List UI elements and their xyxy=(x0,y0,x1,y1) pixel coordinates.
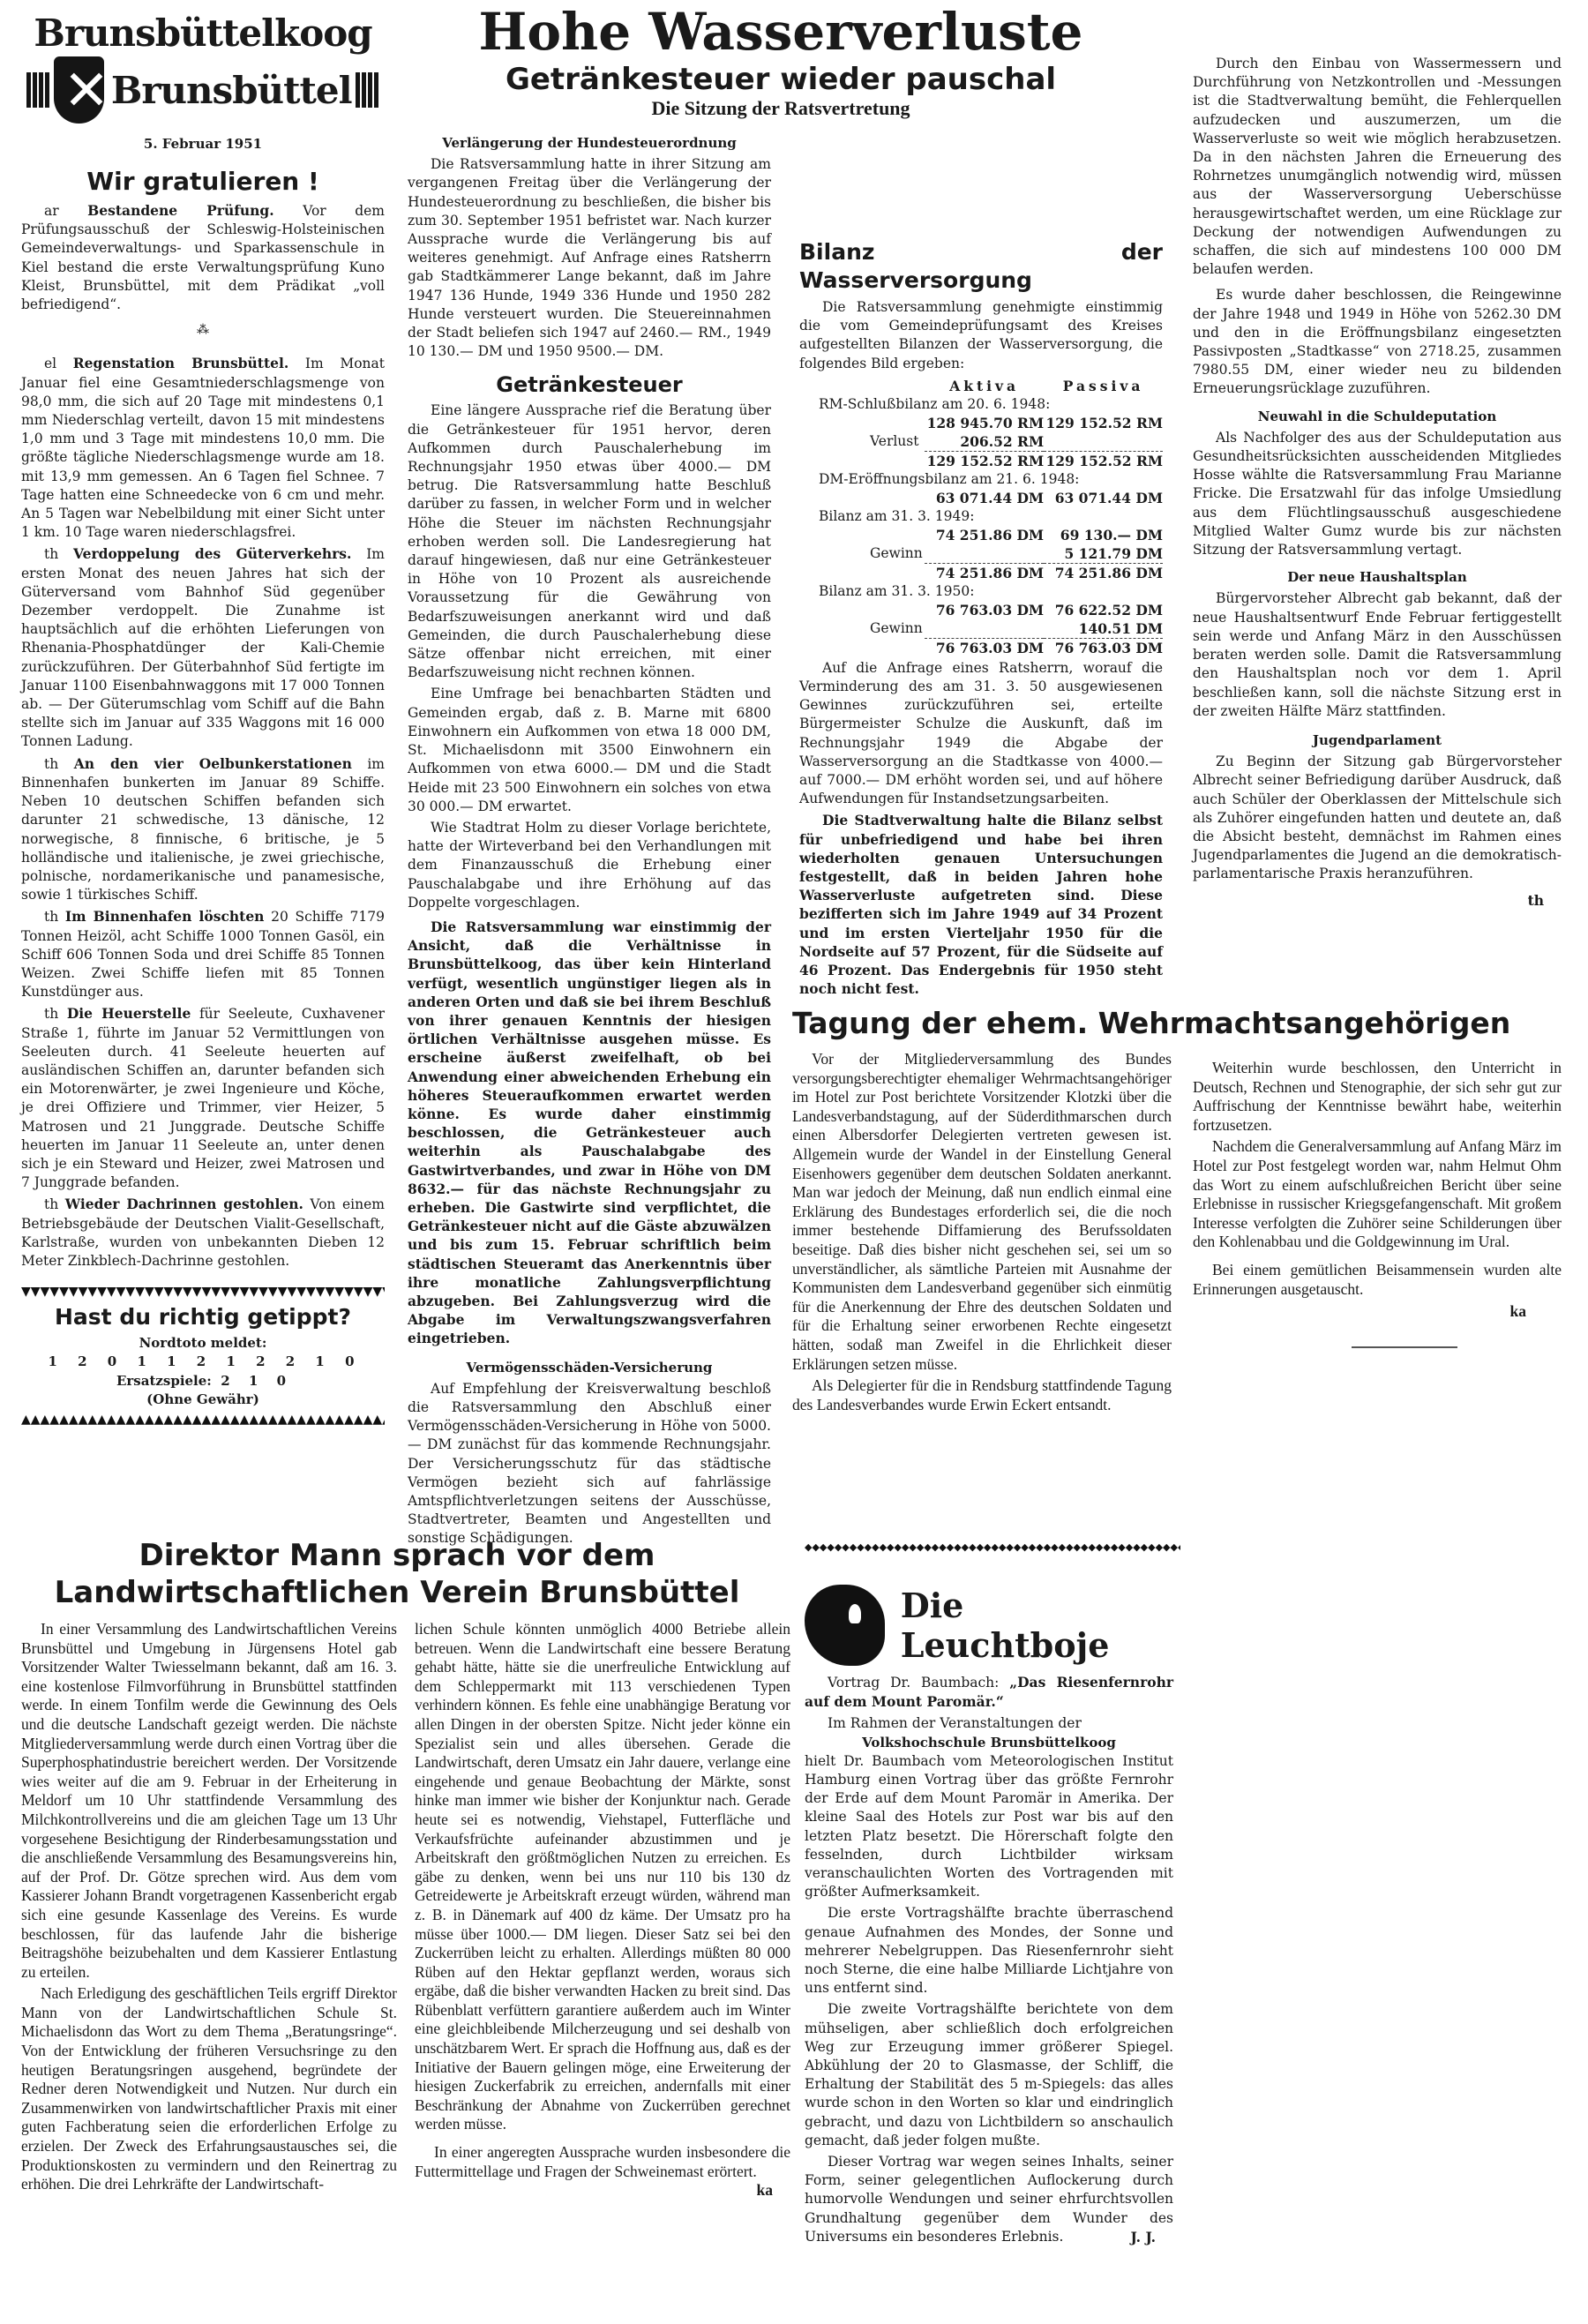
signature: th xyxy=(1193,891,1562,910)
ribbon-left-ornament xyxy=(26,72,50,108)
leuchtboje-title: Die Leuchtboje xyxy=(901,1586,1180,1665)
balance-total: 76 763.03 DM xyxy=(1044,638,1163,657)
toto-ersatz: Ersatzspiele: 2 1 0 xyxy=(21,1372,385,1391)
balance-total: 74 251.86 DM xyxy=(925,563,1044,582)
volkshochschule-name: Volkshochschule Brunsbüttelkoog xyxy=(805,1734,1173,1752)
balance-section-heading: Bilanz am 31. 3. 1949: xyxy=(799,507,1163,526)
balance-table: AktivaPassiva RM-Schlußbilanz am 20. 6. … xyxy=(799,377,1163,657)
leuchtboje-p1: hielt Dr. Baumbach vom Meteorologischen … xyxy=(805,1752,1173,1902)
balance-cell: 76 622.52 DM xyxy=(1044,601,1163,619)
wasser-column-3: Durch den Einbau von Wassermessern und D… xyxy=(1193,55,1562,910)
wasser-header: Hohe Wasserverluste Getränkesteuer wiede… xyxy=(397,2,1165,120)
news-item-heuerstelle: th Die Heuerstelle für Seeleute, Cuxhave… xyxy=(21,1004,385,1192)
signature: ka xyxy=(1193,1302,1562,1322)
wehrmacht-p1: Vor der Mitgliederversammlung des Bundes… xyxy=(792,1050,1172,1374)
toto-results: 1 2 0 1 1 2 1 2 2 1 0 xyxy=(21,1353,385,1371)
getraenkesteuer-title: Getränkesteuer xyxy=(408,371,771,398)
balance-cell: 128 945.70 RM xyxy=(925,414,1044,432)
toto-title: Hast du richtig getippt? xyxy=(21,1302,385,1332)
haushaltsplan-text: Bürgervorsteher Albrecht gab bekannt, da… xyxy=(1193,589,1562,720)
landwirt-p3: lichen Schule könnten unmöglich 4000 Bet… xyxy=(415,1620,790,2134)
divider xyxy=(1352,1346,1457,1348)
balance-cell: 76 763.03 DM xyxy=(925,601,1044,619)
balance-section-heading: DM-Eröffnungsbilanz am 21. 6. 1948: xyxy=(799,470,1163,489)
wehrmacht-p2: Als Delegierter für die in Rendsburg sta… xyxy=(792,1376,1172,1414)
masthead: Brunsbüttelkoog Brunsbüttel 5. Februar 1… xyxy=(26,12,379,152)
wasser-kicker: Die Sitzung der Ratsvertretung xyxy=(397,97,1165,120)
versicherung-text: Auf Empfehlung der Kreisverwaltung besch… xyxy=(408,1380,771,1548)
ruecklage-text: Es wurde daher beschlossen, die Reingewi… xyxy=(1193,286,1562,398)
balance-section-heading: RM-Schlußbilanz am 20. 6. 1948: xyxy=(799,395,1163,414)
bilanz-title: Bilanz der Wasserversorgung xyxy=(799,238,1163,295)
wehrmacht-p4: Nachdem die Generalversammlung auf Anfan… xyxy=(1193,1137,1562,1252)
getraenkesteuer-p1: Eine längere Aussprache rief die Beratun… xyxy=(408,401,771,682)
landwirt-column-1: In einer Versammlung des Landwirtschaftl… xyxy=(21,1620,397,2194)
masthead-line-1: Brunsbüttelkoog xyxy=(26,12,379,55)
balance-cell: 5 121.79 DM xyxy=(1044,544,1163,564)
masthead-line-2: Brunsbüttel xyxy=(111,69,352,112)
leuchtboje-p2: Die erste Vortragshälfte brachte überras… xyxy=(805,1904,1173,1998)
balance-cell xyxy=(1044,432,1163,452)
balance-total: 74 251.86 DM xyxy=(1044,563,1163,582)
landwirt-p2: Nach Erledigung des geschäftlichen Teils… xyxy=(21,1984,397,2194)
balance-cell: 140.51 DM xyxy=(1044,619,1163,639)
toto-box: ▼▼▼▼▼▼▼▼▼▼▼▼▼▼▼▼▼▼▼▼▼▼▼▼▼▼▼▼▼▼▼▼▼▼▼▼▼▼▼▼… xyxy=(21,1285,385,1427)
balance-section-heading: Bilanz am 31. 3. 1950: xyxy=(799,582,1163,601)
leuchtboje-p4: Dieser Vortrag war wegen seines Inhalts,… xyxy=(805,2153,1173,2246)
separator-ornament: ⁂ xyxy=(21,321,385,340)
balance-total: 129 152.52 RM xyxy=(925,451,1044,470)
aktiva-header: Aktiva xyxy=(925,377,1044,395)
toto-disclaimer: (Ohne Gewähr) xyxy=(21,1391,385,1409)
border-bottom-ornament: ▲▲▲▲▲▲▲▲▲▲▲▲▲▲▲▲▲▲▲▲▲▲▲▲▲▲▲▲▲▲▲▲▲▲▲▲▲▲▲▲… xyxy=(21,1413,385,1427)
gratulieren-title: Wir gratulieren ! xyxy=(21,166,385,198)
schuldeputation-title: Neuwahl in die Schuldeputation xyxy=(1193,408,1562,426)
wasser-subhead: Getränkesteuer wieder pauschal xyxy=(397,62,1165,97)
news-item-gueterverkehr: th Verdoppelung des Güterverkehrs. Im er… xyxy=(21,544,385,751)
gratulieren-item: ar Bestandene Prüfung. Vor dem Prüfungsa… xyxy=(21,201,385,314)
wehrmacht-p3: Weiterhin wurde beschlossen, den Unterri… xyxy=(1193,1059,1562,1135)
wasser-column-2: Bilanz der Wasserversorgung Die Ratsvers… xyxy=(799,134,1163,998)
toto-subtitle: Nordtoto meldet: xyxy=(21,1334,385,1353)
getraenkesteuer-decision: Die Ratsversammlung war einstimmig der A… xyxy=(408,918,771,1348)
border-top-ornament: ◆◆◆◆◆◆◆◆◆◆◆◆◆◆◆◆◆◆◆◆◆◆◆◆◆◆◆◆◆◆◆◆◆◆◆◆◆◆◆◆… xyxy=(805,1541,1180,1555)
passiva-header: Passiva xyxy=(1044,377,1163,395)
balance-cell: 63 071.44 DM xyxy=(925,489,1044,507)
schuldeputation-text: Als Nachfolger des aus der Schuldeputati… xyxy=(1193,429,1562,559)
coat-of-arms-icon xyxy=(54,56,103,124)
leuchtboje-section: ◆◆◆◆◆◆◆◆◆◆◆◆◆◆◆◆◆◆◆◆◆◆◆◆◆◆◆◆◆◆◆◆◆◆◆◆◆◆◆◆… xyxy=(805,1541,1180,1666)
wehrmacht-p5: Bei einem gemütlichen Beisammensein wurd… xyxy=(1193,1261,1562,1299)
balance-total: 76 763.03 DM xyxy=(925,638,1044,657)
balance-cell xyxy=(925,544,1044,564)
balance-cell: 129 152.52 RM xyxy=(1044,414,1163,432)
balance-cell xyxy=(925,619,1044,639)
landwirt-headline-1: Direktor Mann sprach vor dem xyxy=(18,1537,776,1574)
balance-total: 129 152.52 RM xyxy=(1044,451,1163,470)
jugendparlament-title: Jugendparlament xyxy=(1193,731,1562,750)
news-item-regenstation: el Regenstation Brunsbüttel. Im Monat Ja… xyxy=(21,354,385,542)
issue-date: 5. Februar 1951 xyxy=(26,136,379,152)
rahmen-line: Im Rahmen der Veranstaltungen der xyxy=(805,1714,1173,1733)
landwirt-headline-2: Landwirtschaftlichen Verein Brunsbüttel xyxy=(18,1574,776,1611)
haushaltsplan-title: Der neue Haushaltsplan xyxy=(1193,568,1562,587)
getraenkesteuer-p2: Eine Umfrage bei benachbarten Städten un… xyxy=(408,685,771,815)
landwirt-p4: In einer angeregten Aussprache wurden in… xyxy=(415,2143,790,2181)
balance-cell: 74 251.86 DM xyxy=(925,526,1044,544)
bilanz-intro: Die Ratsversammlung genehmigte einstimmi… xyxy=(799,298,1163,373)
border-top-ornament: ▼▼▼▼▼▼▼▼▼▼▼▼▼▼▼▼▼▼▼▼▼▼▼▼▼▼▼▼▼▼▼▼▼▼▼▼▼▼▼▼… xyxy=(21,1285,385,1299)
versicherung-title: Vermögensschäden-Versicherung xyxy=(408,1359,771,1377)
wasser-column-1: Verlängerung der Hundesteuerordnung Die … xyxy=(408,134,771,1548)
hundesteuer-title: Verlängerung der Hundesteuerordnung xyxy=(408,134,771,153)
news-item-binnenhafen: th Im Binnenhafen löschten 20 Schiffe 71… xyxy=(21,907,385,1001)
vortrag-line: Vortrag Dr. Baumbach: „Das Riesenfernroh… xyxy=(805,1673,1173,1712)
leuchtboje-text: Vortrag Dr. Baumbach: „Das Riesenfernroh… xyxy=(805,1673,1173,2246)
wehrmacht-column-1: Vor der Mitgliederversammlung des Bundes… xyxy=(792,1050,1172,1414)
jugendparlament-text: Zu Beginn der Sitzung gab Bürgervorstehe… xyxy=(1193,753,1562,883)
wasser-headline: Hohe Wasserverluste xyxy=(397,2,1165,62)
balance-cell: 69 130.— DM xyxy=(1044,526,1163,544)
landwirt-header: Direktor Mann sprach vor dem Landwirtsch… xyxy=(18,1537,776,1611)
wehrmacht-headline: Tagung der ehem. Wehrmachtsangehörigen xyxy=(792,1004,1569,1043)
getraenkesteuer-p3: Wie Stadtrat Holm zu dieser Vorlage beri… xyxy=(408,819,771,912)
bilanz-wasserverluste: Die Stadtverwaltung halte die Bilanz sel… xyxy=(799,811,1163,998)
bilanz-anfrage: Auf die Anfrage eines Ratsherrn, worauf … xyxy=(799,659,1163,809)
hundesteuer-text: Die Ratsversammlung hatte in ihrer Sitzu… xyxy=(408,155,771,361)
rohrnetz-text: Durch den Einbau von Wassermessern und D… xyxy=(1193,55,1562,279)
ribbon-right-ornament xyxy=(356,72,379,108)
lighthouse-buoy-icon xyxy=(805,1585,885,1666)
news-item-dachrinnen: th Wieder Dachrinnen gestohlen. Von eine… xyxy=(21,1195,385,1271)
leuchtboje-p3: Die zweite Vortragshälfte berichtete von… xyxy=(805,2000,1173,2150)
wehrmacht-column-2: Weiterhin wurde beschlossen, den Unterri… xyxy=(1193,1059,1562,1348)
landwirt-p1: In einer Versammlung des Landwirtschaftl… xyxy=(21,1620,397,1982)
balance-cell: 206.52 RM xyxy=(925,432,1044,452)
news-item-oelbunker: th An den vier Oelbunkerstationen im Bin… xyxy=(21,754,385,905)
landwirt-column-2: lichen Schule könnten unmöglich 4000 Bet… xyxy=(415,1620,790,2200)
balance-cell: 63 071.44 DM xyxy=(1044,489,1163,507)
left-column: Wir gratulieren ! ar Bestandene Prüfung.… xyxy=(21,166,385,1427)
